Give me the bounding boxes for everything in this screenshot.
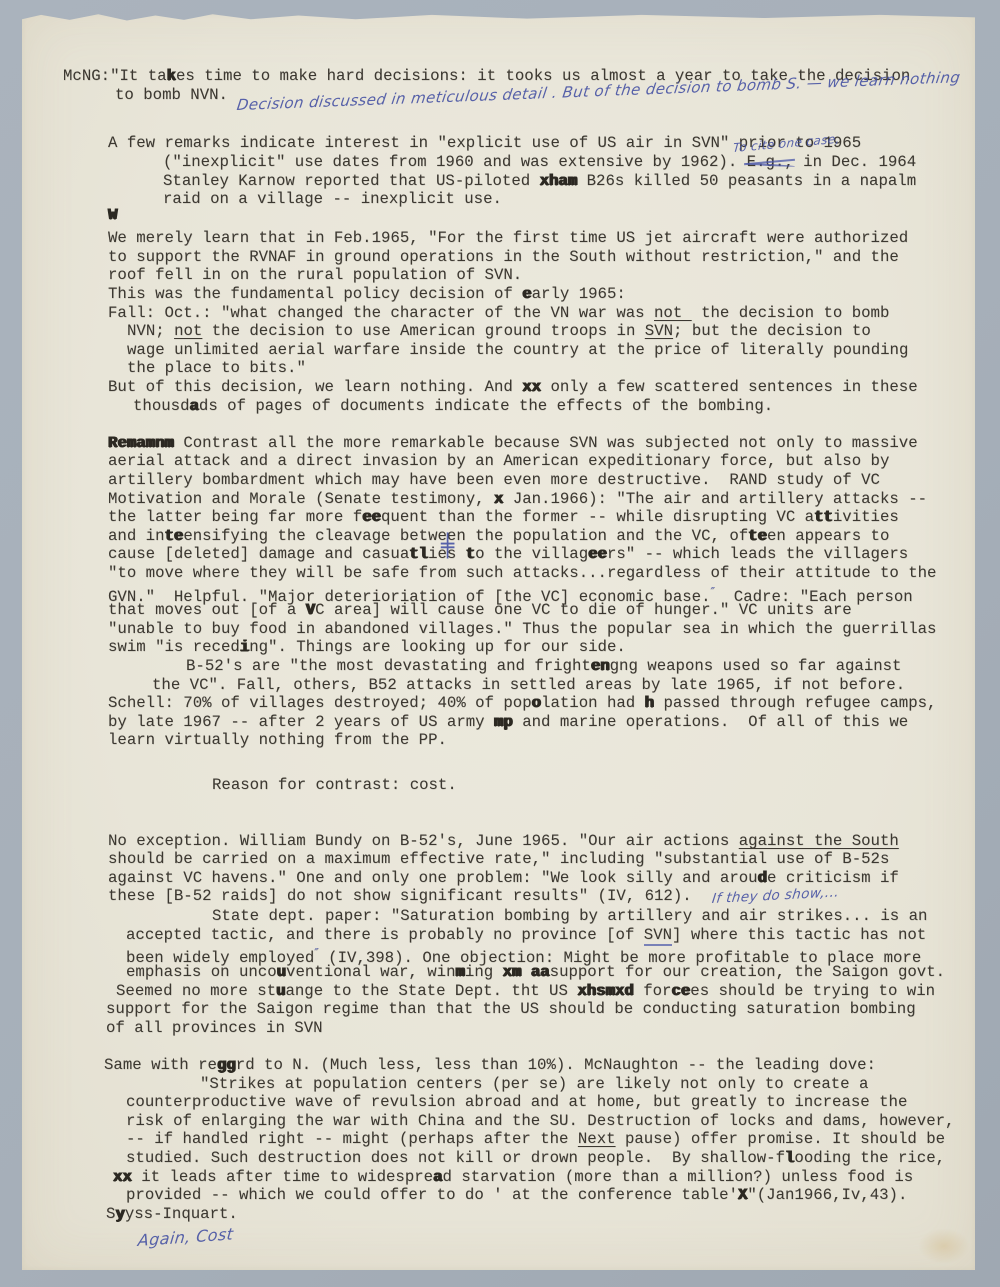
typed-line: Syyss-Inquart.	[106, 1206, 238, 1223]
typed-line: emphasis on uncouventional war, winming …	[126, 964, 945, 981]
typed-line: to bomb NVN.	[115, 87, 228, 104]
typed-line: the place to bits."	[127, 360, 306, 377]
typed-line: the latter being far more feequent than …	[108, 509, 899, 526]
typed-line: "unable to buy food in abandoned village…	[108, 621, 936, 638]
typed-line: This was the fundamental policy decision…	[108, 286, 626, 303]
typed-line: Reason for contrast: cost.	[212, 777, 457, 794]
typed-line: "to move where they will be safe from su…	[108, 565, 936, 582]
typed-line: swim "is receding". Things are looking u…	[108, 639, 626, 656]
typed-line: accepted tactic, and there is probably n…	[126, 927, 926, 944]
typed-line: -- if handled right -- might (perhaps af…	[126, 1131, 945, 1148]
typed-line: thousdads of pages of documents indicate…	[133, 398, 773, 415]
typed-line: learn virtually nothing from the PP.	[108, 732, 447, 749]
typed-line: "Strikes at population centers (per se) …	[200, 1076, 868, 1093]
typed-line: But of this decision, we learn nothing. …	[108, 379, 918, 396]
paper-stain	[918, 1228, 970, 1264]
typed-line: raid on a village -- inexplicit use.	[163, 191, 502, 208]
typed-line: studied. Such destruction does not kill …	[126, 1150, 945, 1167]
typed-line: provided -- which we could offer to do '…	[126, 1187, 907, 1204]
typed-line: aerial attack and a direct invasion by a…	[108, 453, 889, 470]
typed-line: Same with reggrd to N. (Much less, less …	[104, 1057, 876, 1074]
typed-line: NVN; not the decision to use American gr…	[127, 323, 871, 340]
typed-line: risk of enlarging the war with China and…	[126, 1113, 954, 1130]
typed-line: by late 1967 -- after 2 years of US army…	[108, 714, 908, 731]
typed-line: W	[108, 207, 117, 224]
typed-line: these [B-52 raids] do not show significa…	[108, 888, 692, 905]
typed-line: of all provinces in SVN	[106, 1020, 323, 1037]
typed-line: against VC havens." One and only one pro…	[108, 870, 899, 887]
typed-line: xx it leads after time to widespread sta…	[113, 1169, 913, 1186]
typed-line: support for the Saigon regime than that …	[106, 1001, 916, 1018]
typed-line: that moves out [of a VC area] will cause…	[108, 602, 852, 619]
typed-line: artillery bombardment which may have bee…	[108, 472, 880, 489]
typed-line: Schell: 70% of villages destroyed; 40% o…	[108, 695, 936, 712]
typed-line: should be carried on a maximum effective…	[108, 851, 889, 868]
typed-line: B-52's are "the most devastating and fri…	[186, 658, 901, 675]
typed-line: ("inexplicit" use dates from 1960 and wa…	[163, 154, 916, 171]
typed-line: the VC". Fall, others, B52 attacks in se…	[152, 677, 905, 694]
typed-line: to support the RVNAF in ground operation…	[108, 249, 899, 266]
typed-line: No exception. William Bundy on B-52's, J…	[108, 833, 899, 850]
pen-transposition-mark: ╪	[441, 534, 454, 559]
typed-line: Fall: Oct.: "what changed the character …	[108, 305, 889, 322]
scanned-document-screenshot: { "palette": { "background": "#a7b0ba", …	[0, 0, 1000, 1287]
typed-line: wage unlimited aerial warfare inside the…	[127, 342, 908, 359]
typed-line: Remamnm Contrast all the more remarkable…	[108, 435, 918, 452]
typed-line: Motivation and Morale (Senate testimony,…	[108, 491, 927, 508]
typed-line: roof fell in on the rural population of …	[108, 267, 522, 284]
typed-line: We merely learn that in Feb.1965, "For t…	[108, 230, 908, 247]
typed-line: and inteensifying the cleavage between t…	[108, 528, 889, 545]
typed-line: cause [deleted] damage and casuatlies to…	[108, 546, 908, 563]
typed-line: counterproductive wave of revulsion abro…	[126, 1094, 907, 1111]
typed-line: Seemed no more stuange to the State Dept…	[116, 983, 935, 1000]
typed-line: Stanley Karnow reported that US-piloted …	[163, 173, 916, 190]
typed-line: State dept. paper: "Saturation bombing b…	[212, 908, 927, 925]
